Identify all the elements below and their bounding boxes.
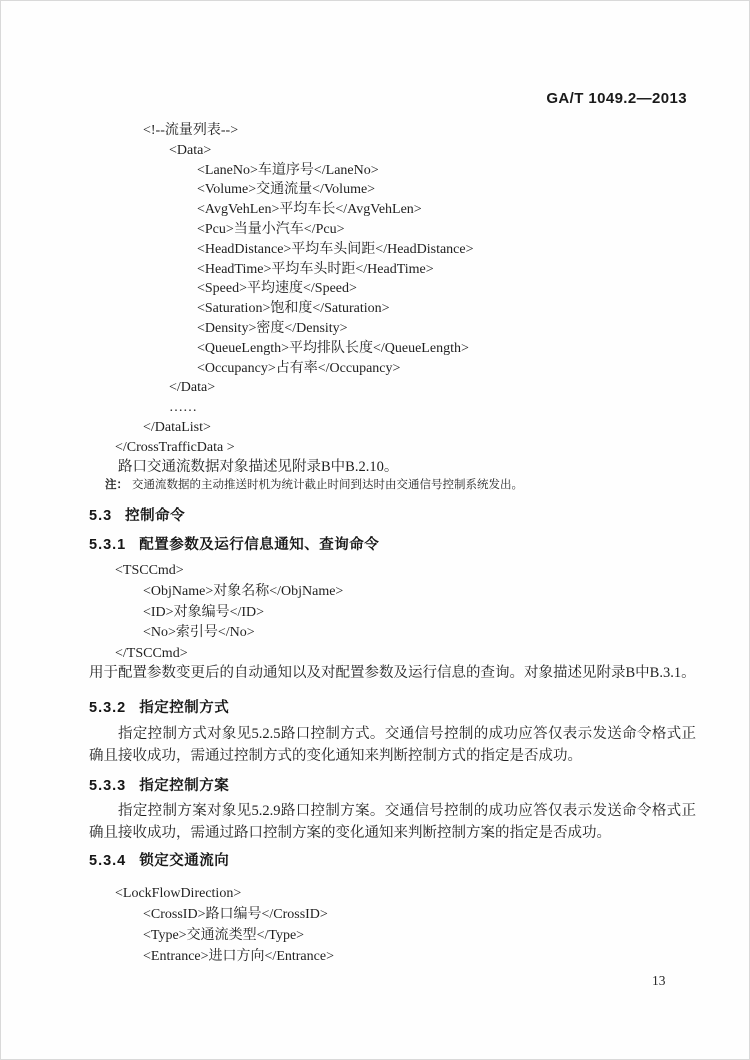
xml-line: …… — [169, 398, 750, 418]
xml-line: <ID>对象编号</ID> — [143, 603, 750, 624]
xml-line: <LockFlowDirection> — [115, 883, 750, 904]
xml-line: <Type>交通流类型</Type> — [143, 925, 750, 946]
note-prefix: 注： — [105, 479, 128, 491]
xml-line: <QueueLength>平均排队长度</QueueLength> — [197, 339, 750, 359]
section-heading-5-3: 5.3 控制命令 — [89, 504, 185, 525]
section-title: 指定控制方式 — [139, 696, 229, 717]
xml-line: <!--流量列表--> — [143, 121, 750, 141]
xml-line: <Pcu>当量小汽车</Pcu> — [197, 220, 750, 240]
note-paragraph: 注：交通流数据的主动推送时机为统计截止时间到达时由交通信号控制系统发出。 — [105, 478, 685, 493]
section-title: 锁定交通流向 — [139, 849, 229, 870]
xml-line: <TSCCmd> — [115, 561, 750, 582]
xml-line: <Occupancy>占有率</Occupancy> — [197, 359, 750, 379]
xml-line: <ObjName>对象名称</ObjName> — [143, 582, 750, 603]
xml-code-block-tsccmd: <TSCCmd> <ObjName>对象名称</ObjName> <ID>对象编… — [1, 561, 750, 665]
xml-line: </CrossTrafficData > — [115, 438, 750, 458]
section-heading-5-3-1: 5.3.1 配置参数及运行信息通知、查询命令 — [89, 533, 379, 554]
section-number: 5.3.3 — [89, 778, 126, 794]
xml-line: <LaneNo>车道序号</LaneNo> — [197, 161, 750, 181]
xml-line: <Volume>交通流量</Volume> — [197, 180, 750, 200]
xml-line: <Speed>平均速度</Speed> — [197, 279, 750, 299]
paragraph-5-3-3-body: 指定控制方案对象见5.2.9路口控制方案。交通信号控制的成功应答仅表示发送命令格… — [89, 800, 696, 845]
note-text: 交通流数据的主动推送时机为统计截止时间到达时由交通信号控制系统发出。 — [132, 479, 523, 491]
xml-line: <Saturation>饱和度</Saturation> — [197, 299, 750, 319]
xml-line: <CrossID>路口编号</CrossID> — [143, 904, 750, 925]
paragraph-cross-traffic-ref: 路口交通流数据对象描述见附录B中B.2.10。 — [89, 456, 696, 478]
xml-line: </Data> — [169, 378, 750, 398]
xml-line: <No>索引号</No> — [143, 623, 750, 644]
section-heading-5-3-2: 5.3.2 指定控制方式 — [89, 696, 229, 717]
xml-line: <HeadDistance>平均车头间距</HeadDistance> — [197, 240, 750, 260]
xml-line: <HeadTime>平均车头时距</HeadTime> — [197, 260, 750, 280]
xml-line: <Data> — [169, 141, 750, 161]
xml-code-block-flow-list: <!--流量列表--> <Data> <LaneNo>车道序号</LaneNo>… — [1, 121, 750, 458]
page-number: 13 — [652, 973, 666, 989]
section-number: 5.3 — [89, 508, 112, 524]
section-title: 配置参数及运行信息通知、查询命令 — [139, 533, 379, 554]
xml-line: <Entrance>进口方向</Entrance> — [143, 946, 750, 967]
section-number: 5.3.4 — [89, 853, 126, 869]
paragraph-5-3-2-body: 指定控制方式对象见5.2.5路口控制方式。交通信号控制的成功应答仅表示发送命令格… — [89, 723, 696, 768]
xml-line: <Density>密度</Density> — [197, 319, 750, 339]
section-title: 控制命令 — [125, 504, 185, 525]
document-page: GA/T 1049.2—2013 <!--流量列表--> <Data> <Lan… — [0, 0, 750, 1060]
section-number: 5.3.2 — [89, 700, 126, 716]
paragraph-5-3-1-body: 用于配置参数变更后的自动通知以及对配置参数及运行信息的查询。对象描述见附录B中B… — [89, 662, 696, 684]
section-heading-5-3-3: 5.3.3 指定控制方案 — [89, 774, 229, 795]
section-number: 5.3.1 — [89, 537, 126, 553]
xml-line: </DataList> — [143, 418, 750, 438]
xml-line: <AvgVehLen>平均车长</AvgVehLen> — [197, 200, 750, 220]
section-heading-5-3-4: 5.3.4 锁定交通流向 — [89, 849, 229, 870]
standard-number-header: GA/T 1049.2—2013 — [1, 90, 687, 107]
xml-code-block-lockflow: <LockFlowDirection> <CrossID>路口编号</Cross… — [1, 883, 750, 967]
section-title: 指定控制方案 — [139, 774, 229, 795]
